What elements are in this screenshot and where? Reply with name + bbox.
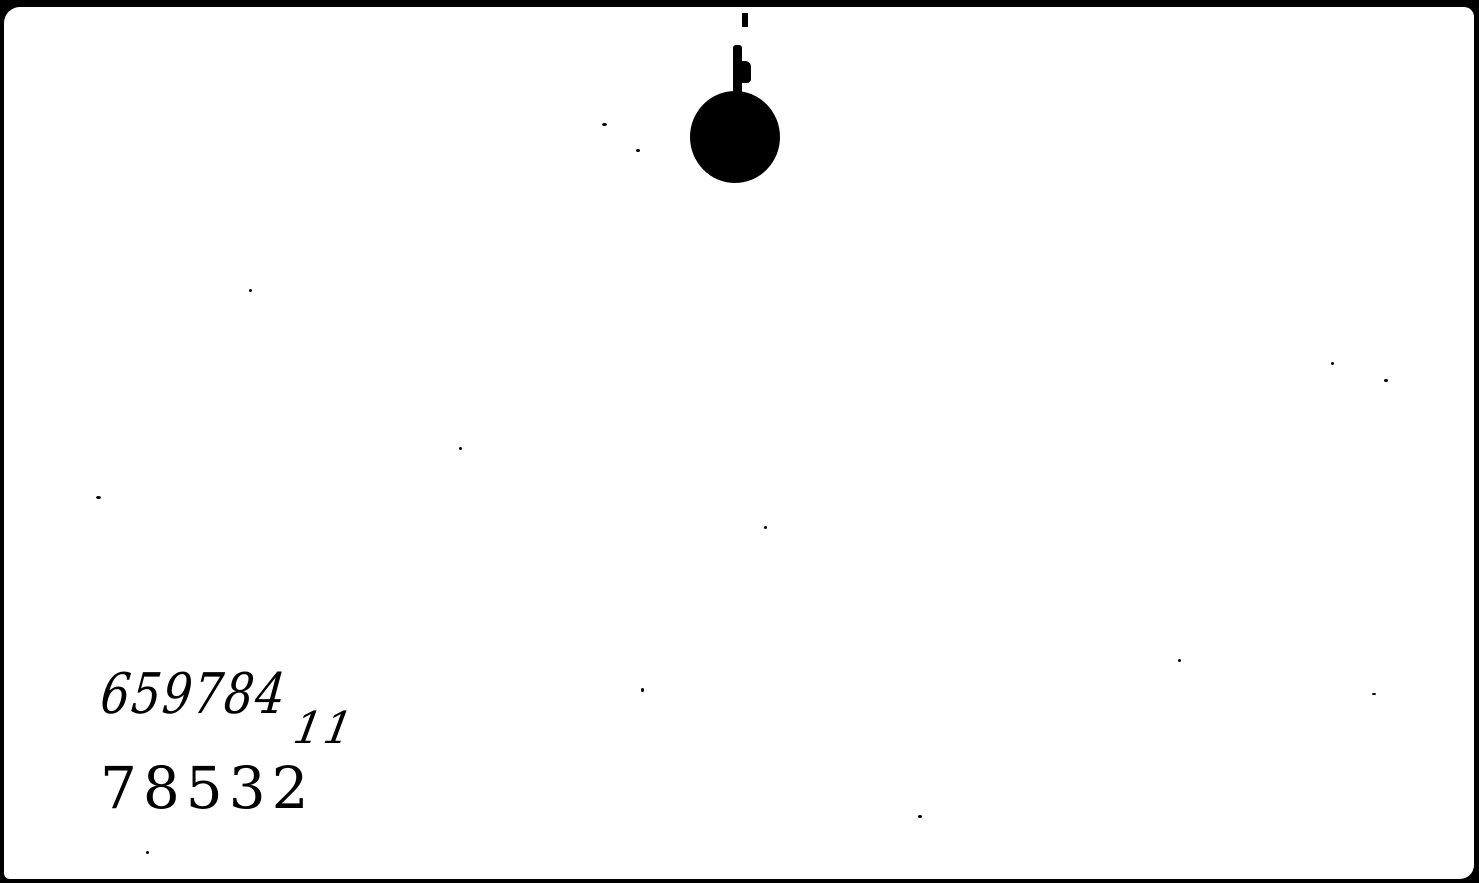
handwritten-number-line1: 659784: [98, 667, 289, 723]
handwritten-number-suffix: 11: [290, 707, 358, 751]
speck: [641, 688, 644, 692]
speck: [636, 149, 640, 152]
speck: [1331, 362, 1334, 365]
scan-artifact: [742, 13, 748, 27]
punch-hole: [690, 91, 780, 183]
handwritten-number-line2: 78532: [100, 759, 315, 817]
speck: [249, 289, 252, 292]
speck: [918, 815, 922, 818]
speck: [1178, 659, 1181, 662]
catalog-card: 659784 11 78532: [4, 7, 1474, 879]
speck: [602, 123, 607, 126]
speck: [764, 526, 767, 529]
speck: [1384, 379, 1388, 382]
speck: [146, 851, 149, 854]
speck: [459, 447, 462, 450]
speck: [96, 496, 101, 499]
speck: [1372, 693, 1376, 695]
string-mark: [737, 61, 751, 83]
